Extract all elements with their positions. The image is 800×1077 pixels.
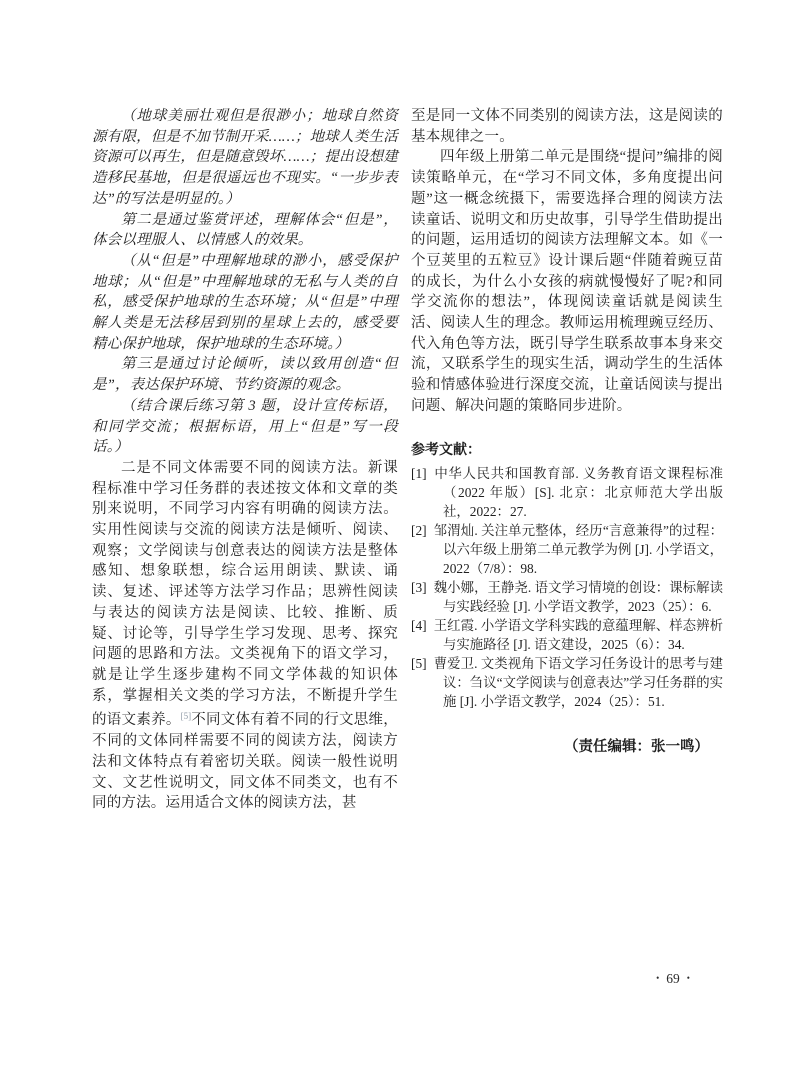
reference-text: 曹爱卫. 文类视角下语文学习任务设计的思考与建议：刍议“文学阅读与创意表达”学习…: [434, 656, 723, 709]
lesson-note-paragraph: 第二是通过鉴赏评述，理解体会“但是”，体会以理服人、以情感人的效果。: [92, 210, 398, 251]
reference-label: [5]: [411, 656, 427, 671]
footer-left-dot: •: [649, 973, 666, 983]
body-paragraph: 二是不同文体需要不同的阅读方法。新课程标准中学习任务群的表述按文体和文章的类别来…: [92, 458, 398, 814]
paragraph-text: 二是不同文体需要不同的阅读方法。新课程标准中学习任务群的表述按文体和文章的类别来…: [92, 460, 398, 728]
references-heading: 参考文献：: [411, 439, 723, 459]
reference-item: [2]邹渭灿. 关注单元整体，经历“言意兼得”的过程：以六年级上册第二单元教学为…: [411, 521, 723, 578]
lesson-note-paragraph: （结合课后练习第 3 题，设计宣传标语，和同学交流；根据标语，用上“但是”写一段…: [92, 396, 398, 458]
reference-item: [4]王红霞. 小学语文学科实践的意蕴理解、样态辨析与实施路径 [J]. 语文建…: [411, 616, 723, 654]
left-column: （地球美丽壮观但是很渺小；地球自然资源有限，但是不加节制开采……；地球人类生活资…: [92, 106, 398, 814]
reference-text: 王红霞. 小学语文学科实践的意蕴理解、样态辨析与实施路径 [J]. 语文建设，2…: [434, 618, 723, 652]
reference-item: [3]魏小娜，王静尧. 语文学习情境的创设：课标解读与实践经验 [J]. 小学语…: [411, 578, 723, 616]
editor-note: （责任编辑：张一鸣）: [411, 735, 709, 756]
lesson-note-paragraph: （地球美丽壮观但是很渺小；地球自然资源有限，但是不加节制开采……；地球人类生活资…: [92, 106, 398, 210]
reference-label: [1]: [411, 466, 427, 481]
reference-text: 魏小娜，王静尧. 语文学习情境的创设：课标解读与实践经验 [J]. 小学语文教学…: [434, 580, 723, 614]
lesson-note-paragraph: （从“但是”中理解地球的渺小，感受保护地球；从“但是”中理解地球的无私与人类的自…: [92, 251, 398, 355]
footer-right-dot: •: [680, 973, 697, 983]
footnote-ref-5: [5]: [181, 711, 192, 721]
right-column: 至是同一文体不同类别的阅读方法，这是阅读的基本规律之一。 四年级上册第二单元是围…: [411, 106, 723, 814]
reference-label: [2]: [411, 523, 427, 538]
body-paragraph: 四年级上册第二单元是围绕“提问”编排的阅读策略单元，在“学习不同文体，多角度提出…: [411, 147, 723, 416]
two-column-text-area: （地球美丽壮观但是很渺小；地球自然资源有限，但是不加节制开采……；地球人类生活资…: [92, 106, 723, 814]
footer-page-number: 69: [666, 971, 680, 986]
reference-label: [3]: [411, 580, 427, 595]
reference-item: [5]曹爱卫. 文类视角下语文学习任务设计的思考与建议：刍议“文学阅读与创意表达…: [411, 654, 723, 711]
reference-item: [1]中华人民共和国教育部. 义务教育语文课程标准（2022 年版）[S]. 北…: [411, 464, 723, 521]
reference-text: 中华人民共和国教育部. 义务教育语文课程标准（2022 年版）[S]. 北京：北…: [434, 466, 723, 519]
body-paragraph-continuation: 至是同一文体不同类别的阅读方法，这是阅读的基本规律之一。: [411, 106, 723, 147]
reference-label: [4]: [411, 618, 427, 633]
lesson-note-paragraph: 第三是通过讨论倾听，读以致用创造“但是”，表达保护环境、节约资源的观念。: [92, 354, 398, 395]
references-section: 参考文献： [1]中华人民共和国教育部. 义务教育语文课程标准（2022 年版）…: [411, 439, 723, 711]
reference-text: 邹渭灿. 关注单元整体，经历“言意兼得”的过程：以六年级上册第二单元教学为例 […: [434, 523, 723, 576]
journal-page: （地球美丽壮观但是很渺小；地球自然资源有限，但是不加节制开采……；地球人类生活资…: [0, 0, 800, 1077]
page-number: •69•: [630, 971, 716, 987]
